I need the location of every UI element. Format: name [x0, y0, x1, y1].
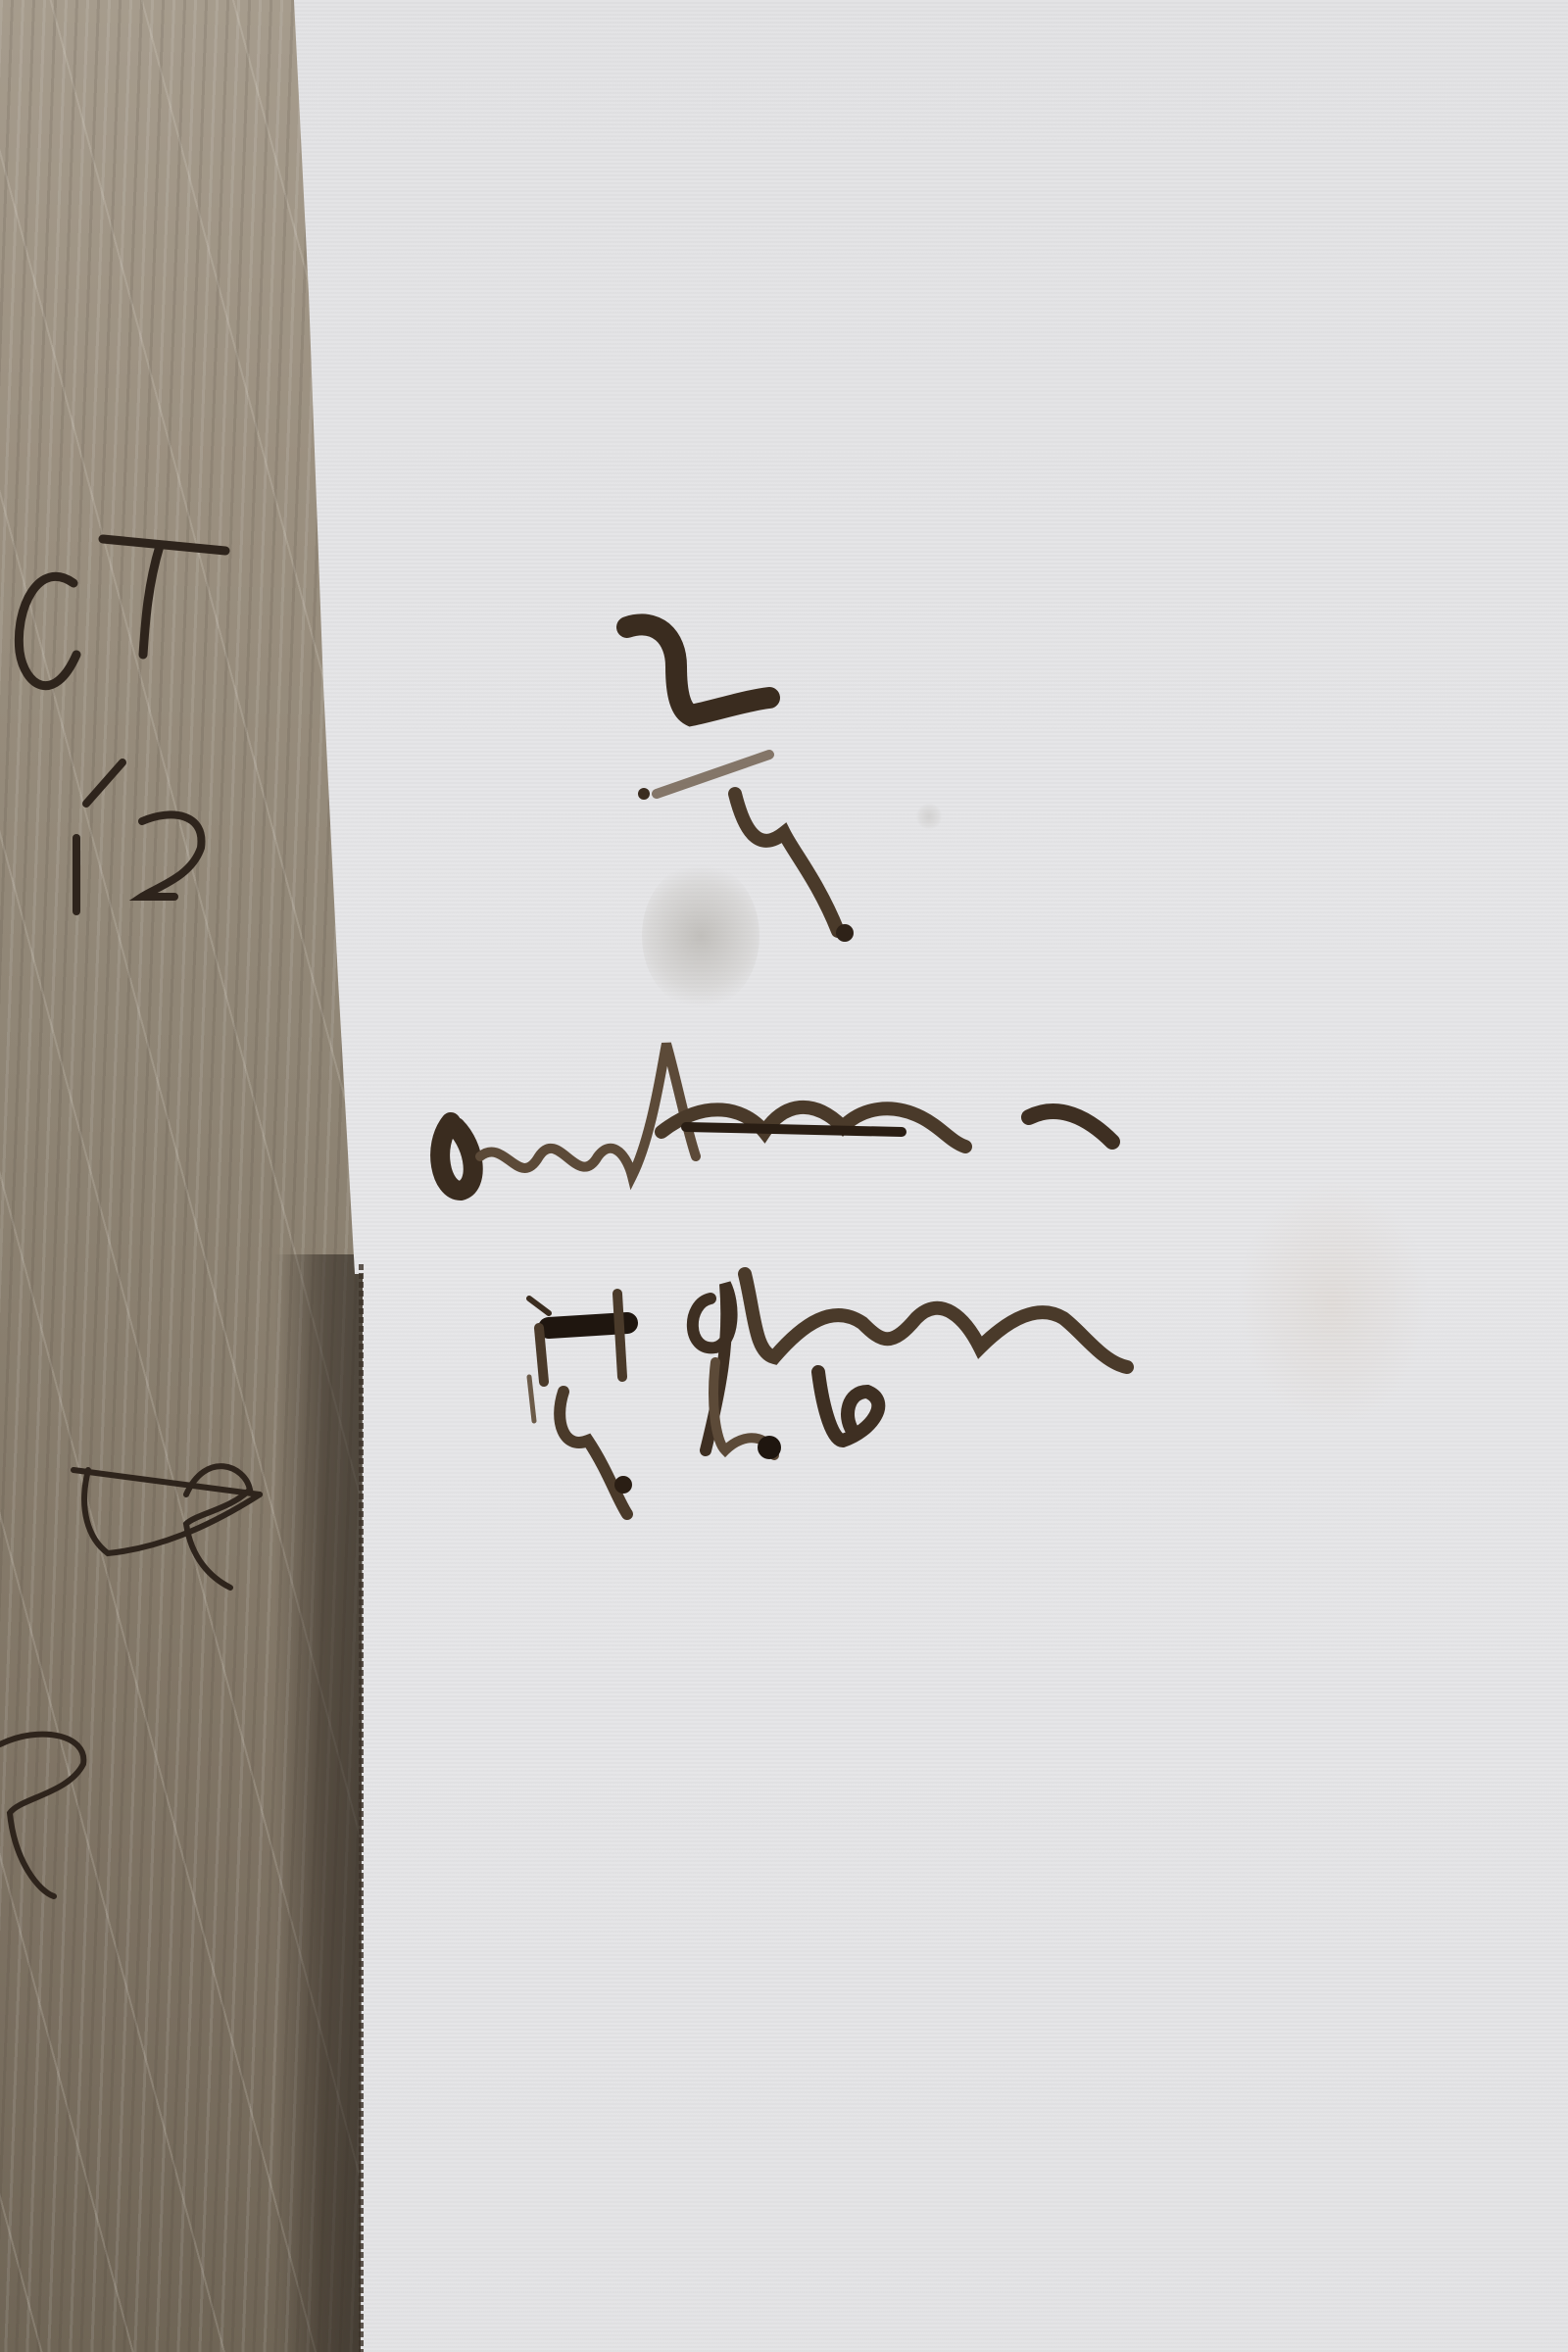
inscription-fraction — [76, 762, 201, 911]
inscription-e — [0, 1735, 83, 1896]
handwriting-layer — [0, 0, 1568, 2352]
inscription-de — [73, 1466, 260, 1588]
edition-mark — [627, 624, 854, 942]
signature-line-1 — [440, 1044, 1112, 1191]
inscription-ct — [19, 539, 225, 686]
